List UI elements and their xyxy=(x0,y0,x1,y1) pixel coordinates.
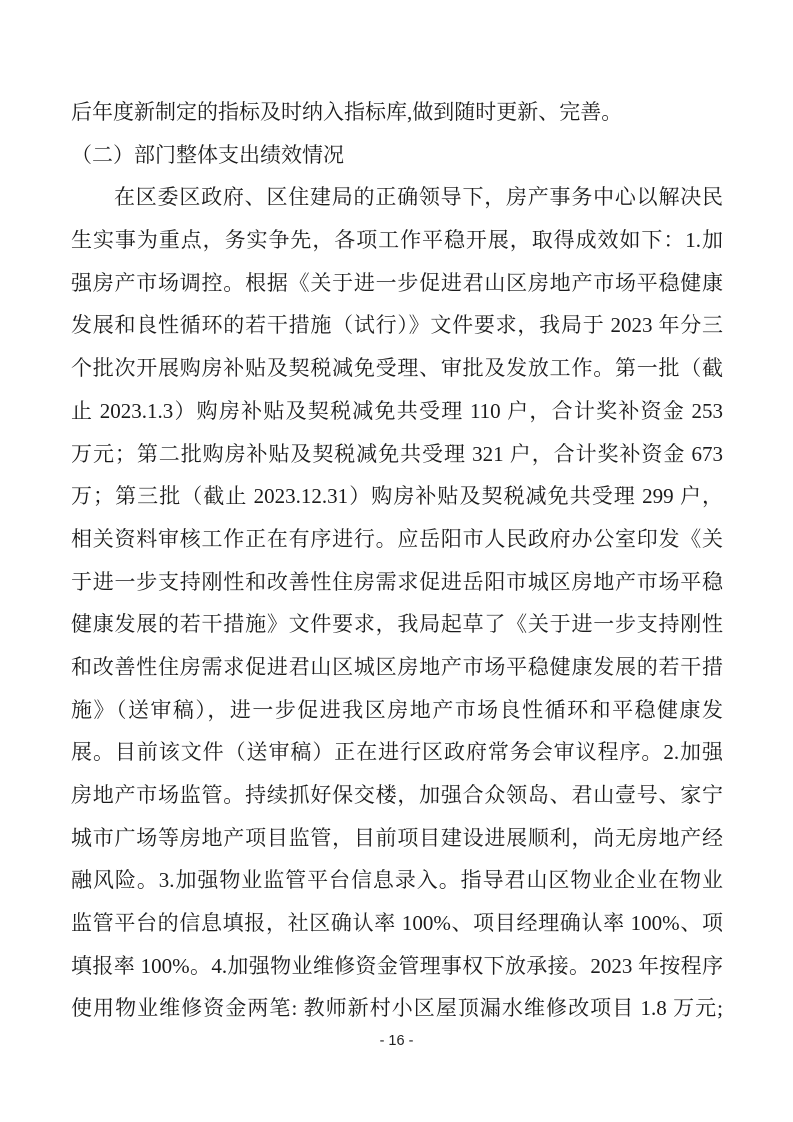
document-page: 后年度新制定的指标及时纳入指标库,做到随时更新、完善。（二）部门整体支出绩效情况… xyxy=(0,0,793,1122)
text-line: 展。目前该文件（送审稿）正在进行区政府常务会审议程序。2.加强 xyxy=(71,731,723,774)
text-line: 填报率 100%。4.加强物业维修资金管理事权下放承接。2023 年按程序 xyxy=(71,945,723,988)
text-line: 万；第三批（截止 2023.12.31）购房补贴及契税减免共受理 299 户， xyxy=(71,475,723,518)
text-line: 在区委区政府、区住建局的正确领导下，房产事务中心以解决民 xyxy=(71,176,723,219)
text-line: 施》（送审稿），进一步促进我区房地产市场良性循环和平稳健康发 xyxy=(71,689,723,732)
text-line: 融风险。3.加强物业监管平台信息录入。指导君山区物业企业在物业 xyxy=(71,859,723,902)
text-line: 房地产市场监管。持续抓好保交楼，加强合众领岛、君山壹号、家宁 xyxy=(71,774,723,817)
text-line: 相关资料审核工作正在有序进行。应岳阳市人民政府办公室印发《关 xyxy=(71,518,723,561)
text-line: 发展和良性循环的若干措施（试行）》文件要求，我局于 2023 年分三 xyxy=(71,304,723,347)
text-line: 强房产市场调控。根据《关于进一步促进君山区房地产市场平稳健康 xyxy=(71,262,723,305)
text-line: 后年度新制定的指标及时纳入指标库,做到随时更新、完善。 xyxy=(71,91,723,134)
text-line: 使用物业维修资金两笔: 教师新村小区屋顶漏水维修改项目 1.8 万元; xyxy=(71,987,723,1030)
text-line: 和改善性住房需求促进君山区城区房地产市场平稳健康发展的若干措 xyxy=(71,646,723,689)
text-line: 止 2023.1.3）购房补贴及契税减免共受理 110 户，合计奖补资金 253 xyxy=(71,390,723,433)
text-line: 万元；第二批购房补贴及契税减免共受理 321 户，合计奖补资金 673 xyxy=(71,433,723,476)
page-text: 后年度新制定的指标及时纳入指标库,做到随时更新、完善。（二）部门整体支出绩效情况… xyxy=(71,91,723,1030)
text-line: 生实事为重点，务实争先，各项工作平稳开展，取得成效如下：1.加 xyxy=(71,219,723,262)
text-line: 监管平台的信息填报，社区确认率 100%、项目经理确认率 100%、项目 xyxy=(71,902,723,945)
text-line: 健康发展的若干措施》文件要求，我局起草了《关于进一步支持刚性 xyxy=(71,603,723,646)
text-line: 城市广场等房地产项目监管，目前项目建设进展顺利，尚无房地产经 xyxy=(71,817,723,860)
text-line: 个批次开展购房补贴及契税减免受理、审批及发放工作。第一批（截 xyxy=(71,347,723,390)
text-line: 于进一步支持刚性和改善性住房需求促进岳阳市城区房地产市场平稳 xyxy=(71,561,723,604)
text-line: （二）部门整体支出绩效情况 xyxy=(71,134,723,177)
page-number: - 16 - xyxy=(0,1033,793,1049)
